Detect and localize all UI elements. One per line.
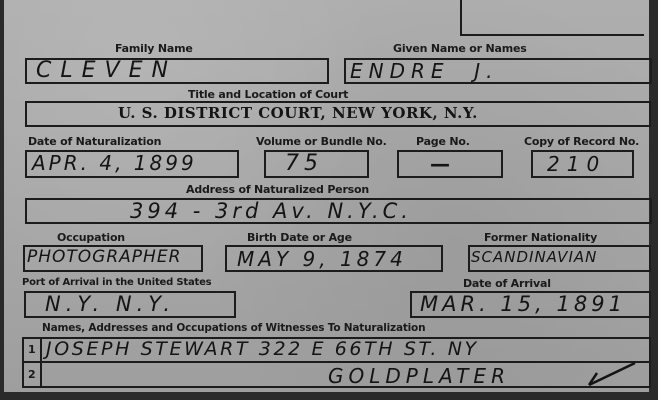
page-no-label: Page No. — [416, 135, 470, 148]
witnesses-number-column-divider — [40, 337, 42, 388]
occupation-label: Occupation — [57, 231, 125, 244]
witness-row-2-value: GOLDPLATER — [328, 366, 510, 386]
former-nationality-label: Former Nationality — [484, 231, 597, 244]
port-of-arrival-value: N.Y. N.Y. — [45, 294, 175, 315]
family-name-label: Family Name — [115, 42, 193, 55]
date-of-arrival-label: Date of Arrival — [463, 277, 551, 290]
date-of-naturalization-value: APR. 4, 1899 — [32, 153, 197, 173]
date-of-arrival-value: MAR. 15, 1891 — [420, 294, 626, 315]
date-of-naturalization-label: Date of Naturalization — [28, 135, 161, 148]
occupation-value: PHOTOGRAPHER — [27, 249, 181, 266]
card-bottom-edge — [0, 392, 658, 400]
witness-row-2-number: 2 — [28, 368, 36, 381]
given-name-label: Given Name or Names — [393, 42, 527, 55]
former-nationality-value: SCANDINAVIAN — [471, 250, 597, 265]
given-name-value: ENDRE J. — [350, 61, 499, 81]
court-label: Title and Location of Court — [188, 88, 348, 101]
family-name-value: CLEVEN — [36, 60, 177, 82]
birth-date-value: MAY 9, 1874 — [237, 249, 407, 269]
top-right-stamp-box — [460, 0, 644, 36]
witnesses-row-divider — [22, 361, 651, 363]
address-label: Address of Naturalized Person — [186, 183, 369, 196]
witnesses-label: Names, Addresses and Occupations of Witn… — [42, 322, 425, 334]
card-left-edge — [0, 0, 4, 400]
copy-of-record-value: 210 — [547, 154, 606, 174]
witness-row-1-value: JOSEPH STEWART 322 E 66TH ST. NY — [46, 340, 479, 359]
address-value: 394 - 3rd Av. N.Y.C. — [130, 201, 412, 222]
checkmark-icon — [585, 355, 645, 390]
birth-date-label: Birth Date or Age — [247, 231, 352, 244]
copy-of-record-label: Copy of Record No. — [524, 135, 639, 148]
page-no-value: — — [430, 154, 455, 174]
witness-row-1-number: 1 — [28, 343, 36, 356]
volume-value: 75 — [285, 153, 323, 175]
court-value: U. S. DISTRICT COURT, NEW YORK, N.Y. — [118, 106, 478, 121]
volume-label: Volume or Bundle No. — [256, 135, 387, 148]
port-of-arrival-label: Port of Arrival in the United States — [22, 277, 211, 288]
